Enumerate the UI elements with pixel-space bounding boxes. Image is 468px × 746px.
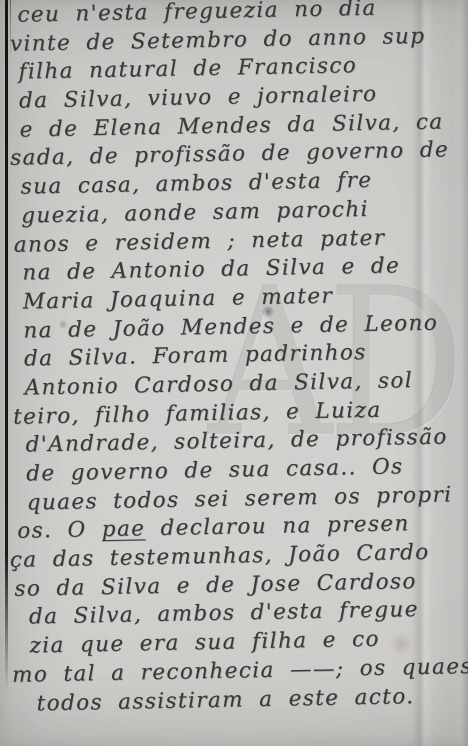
line-text: da Silva, viuvo e jornaleiro bbox=[19, 82, 378, 114]
line-text: na de Antonio da Silva e de bbox=[22, 253, 400, 285]
line-text: sua casa, ambos d'esta fre bbox=[20, 168, 372, 200]
manuscript-page: AD ceu n'esta freguezia no dia vinte de … bbox=[0, 0, 468, 746]
line-text: Antonio Cardoso da Silva, sol bbox=[24, 368, 413, 400]
line-text: ceu n'esta freguezia no dia bbox=[17, 0, 377, 28]
line-text: declarou na presen bbox=[145, 512, 410, 542]
line-text: anos e residem ; neta pater bbox=[14, 225, 386, 257]
line-text: todos assistiram a este acto. bbox=[36, 684, 414, 716]
line-text: so da Silva e de Jose Cardoso bbox=[14, 569, 417, 602]
line-text: da Silva. Foram padrinhos bbox=[24, 340, 367, 372]
line-text: guezia, aonde sam parochi bbox=[21, 197, 369, 229]
line-text: teiro, filho familias, e Luiza bbox=[13, 397, 382, 429]
line-text: os. O bbox=[17, 517, 102, 544]
line-text: ça das testemunhas, João Cardo bbox=[10, 540, 430, 573]
line-text: da Silva, ambos d'esta fregue bbox=[29, 597, 419, 629]
line-text-underlined: pae bbox=[102, 517, 146, 543]
line-text: filha natural de Francisco bbox=[18, 53, 357, 84]
line-text: Maria Joaquina e mater bbox=[23, 283, 334, 314]
line-text: zia que era sua filha e co bbox=[29, 627, 380, 659]
manuscript-text-block: ceu n'esta freguezia no dia vinte de Set… bbox=[0, 0, 468, 719]
line-text: de governo de sua casa.. Os bbox=[26, 454, 404, 486]
